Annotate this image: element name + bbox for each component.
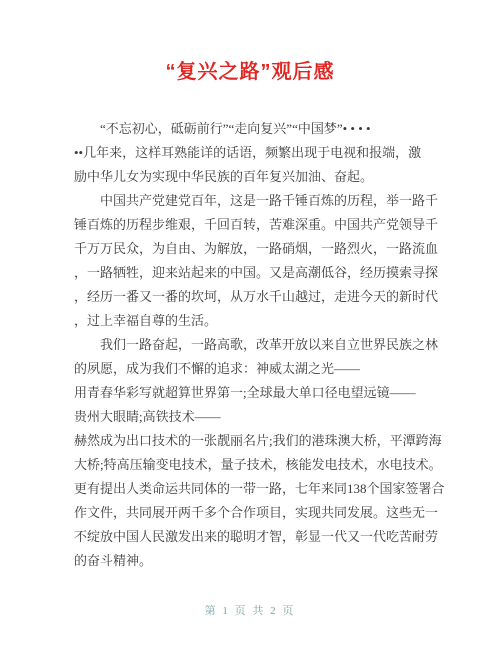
text-line: 的奋斗精神。 (74, 549, 444, 573)
text-line: ，经历一番又一番的坎坷，从万水千山越过，走进今天的新时代 (74, 285, 444, 309)
text-line: 我们一路奋起，一路高歌，改革开放以来自立世界民族之林 (74, 333, 444, 357)
text-line: 不绽放中国人民激发出来的聪明才智，彰显一代又一代吃苦耐劳 (74, 525, 444, 549)
text-line: 中国共产党建党百年，这是一路千锤百炼的历程，举一路千 (74, 189, 444, 213)
text-line: 励中华儿女为实现中华民族的百年复兴加油、奋起。 (74, 165, 444, 189)
page-number-footer: 第 1 页 共 2 页 (0, 602, 500, 618)
text-line: “不忘初心，砥砺前行”“走向复兴”“中国梦”• • • • (74, 117, 444, 141)
text-line: 锤百炼的历程步维艰，千回百转，苦难深重。中国共产党领导千 (74, 213, 444, 237)
text-line: 作文件，共同展开两千多个合作项目，实现共同发展。这些无一 (74, 501, 444, 525)
text-line: 千万万民众，为自由、为解放，一路硝烟，一路烈火，一路流血 (74, 237, 444, 261)
text-line: 的夙愿，成为我们不懈的追求：神威太湖之光—— (74, 357, 444, 381)
text-line: ，过上幸福自尊的生活。 (74, 309, 444, 333)
text-line: 大桥;特高压输变电技术，量子技术，核能发电技术，水电技术。 (74, 453, 444, 477)
text-line: 用青春华彩写就超算世界第一;全球最大单口径电望远镜—— (74, 381, 444, 405)
text-line: 赫然成为出口技术的一张靓丽名片;我们的港珠澳大桥，平潭跨海 (74, 429, 444, 453)
page-title: “复兴之路”观后感 (0, 55, 500, 84)
text-line: ••几年来，这样耳熟能详的话语，频繁出现于电视和报端，激 (74, 141, 444, 165)
document-body: “不忘初心，砥砺前行”“走向复兴”“中国梦”• • • •••几年来，这样耳熟能… (74, 117, 444, 573)
text-line: ，一路牺牲，迎来站起来的中国。又是高潮低谷，经历摸索寻探 (74, 261, 444, 285)
text-line: 贵州大眼睛;高铁技术—— (74, 405, 444, 429)
text-line: 更有提出人类命运共同体的一带一路，七年来同138个国家签署合 (74, 477, 444, 501)
